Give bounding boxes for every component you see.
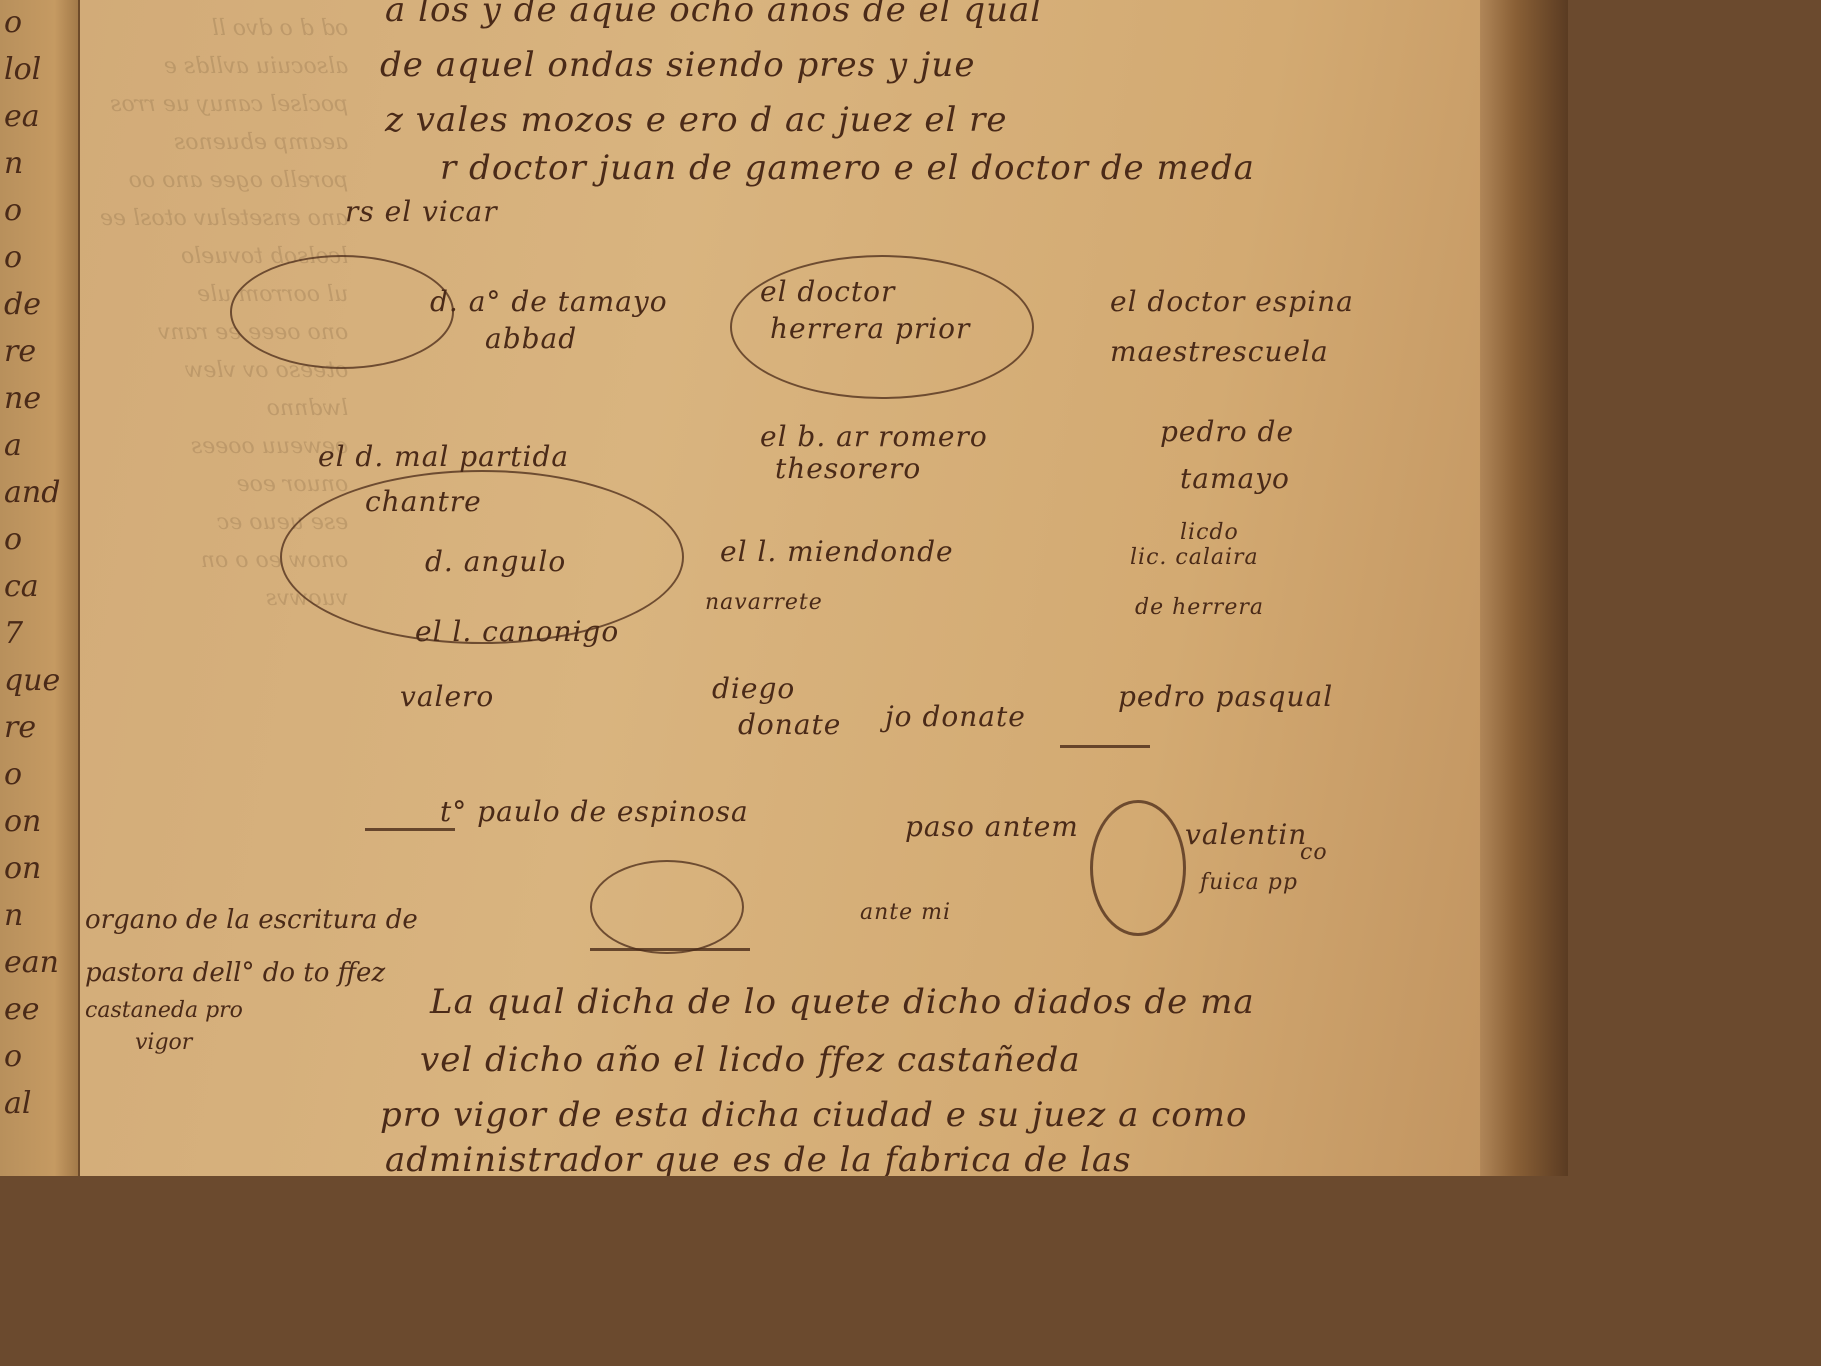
margin-note-line4: vigor [135, 1030, 192, 1055]
signature-flourish [730, 255, 1034, 399]
signature-espina-line1: el doctor espina [1110, 285, 1354, 318]
pen-stroke [590, 948, 750, 951]
left-page-fragment: al [4, 1086, 31, 1121]
signature-chantre-line1: el d. mal partida [318, 440, 569, 473]
left-page-fragment: re [4, 334, 36, 369]
margin-note-line2: pastora dell° do to ffez [85, 958, 385, 988]
left-page-fragment: n [4, 146, 23, 181]
left-page-fragment: 7 [4, 616, 23, 651]
left-page-fragment: ne [4, 381, 41, 416]
left-page-fragment: o [4, 1039, 22, 1074]
signature-valero: valero [400, 680, 494, 713]
left-page-fragment: ee [4, 992, 40, 1027]
pen-stroke [1060, 745, 1150, 748]
signature-thesorero-line2: thesorero [775, 452, 921, 485]
left-page-fragment: o [4, 5, 22, 40]
signature-diego-line1: diego [712, 672, 795, 705]
left-page-fragment: o [4, 240, 22, 275]
left-page-fragment: o [4, 757, 22, 792]
signature-calaira-line2: lic. calaira [1130, 545, 1259, 570]
signature-miendo-line1: el l. miendonde [720, 535, 954, 568]
left-page-fragment: n [4, 898, 23, 933]
left-page-fragment: o [4, 522, 22, 557]
left-page-fragment: lol [4, 52, 41, 87]
signature-pasoantem: paso antem [905, 810, 1079, 843]
signature-valentin-line3: fuica pp [1200, 870, 1298, 895]
signature-pedro-pasqual: pedro pasqual [1118, 680, 1333, 713]
left-page-fragment: que [4, 663, 60, 698]
closing-line-3: pro vigor de esta dicha ciudad e su juez… [380, 1095, 1247, 1135]
header-line-2: de aquel ondas siendo pres y jue [380, 45, 975, 85]
closing-line-2: vel dicho año el licdo ffez castañeda [420, 1040, 1081, 1080]
signature-ante-mi: ante mi [860, 900, 951, 925]
right-binding-edge [1480, 0, 1568, 1176]
left-page-fragment: ca [4, 569, 39, 604]
closing-line-1: La qual dicha de lo quete dicho diados d… [430, 982, 1255, 1022]
left-page-fragment: re [4, 710, 36, 745]
left-page-edge: ololeanoodereneaandoca7quereoononneaneeo… [0, 0, 80, 1176]
signature-paulo: t° paulo de espinosa [440, 795, 749, 828]
header-line-4: r doctor juan de gamero e el doctor de m… [440, 148, 1255, 188]
signature-thesorero-line1: el b. ar romero [760, 420, 988, 453]
left-page-fragment: ean [4, 945, 59, 980]
left-page-fragment: de [4, 287, 41, 322]
signature-angulo: d. angulo [425, 545, 566, 578]
signature-rubric [1090, 800, 1186, 936]
signature-valentin-line1: valentin [1185, 818, 1307, 851]
signature-jo-donate: jo donate [885, 700, 1026, 733]
left-page-fragment: o [4, 193, 22, 228]
signature-calaira-line3: de herrera [1135, 595, 1264, 620]
left-page-fragment: ea [4, 99, 40, 134]
header-line-1: a los y de aque ocho anos de el qual [385, 0, 1042, 30]
left-page-fragment: a [4, 428, 22, 463]
pen-stroke [365, 828, 455, 831]
signature-espina-line2: maestrescuela [1110, 335, 1329, 368]
signature-canonigo: el l. canonigo [415, 615, 619, 648]
signature-flourish [590, 860, 744, 954]
signature-diego-line2: donate [738, 708, 841, 741]
signature-pedro-line1: pedro de [1160, 415, 1294, 448]
signature-calaira-line1: licdo [1180, 520, 1239, 545]
left-page-fragment: and [4, 475, 60, 510]
margin-note-line3: castaneda pro [85, 998, 243, 1023]
signature-abbad-line1: d. a° de tamayo [430, 285, 668, 318]
header-line-5: rs el vicar [345, 195, 498, 228]
signature-valentin-line2: co [1300, 840, 1328, 865]
left-page-fragment: on [4, 851, 41, 886]
signature-miendo-line2: navarrete [705, 590, 823, 615]
left-page-fragment: on [4, 804, 41, 839]
header-line-3: z vales mozos e ero d ac juez el re [385, 100, 1008, 140]
signature-abbad-line2: abbad [485, 322, 577, 355]
closing-line-4: administrador que es de la fabrica de la… [385, 1140, 1132, 1176]
signature-flourish [230, 255, 454, 369]
margin-note-line1: organo de la escritura de [85, 905, 418, 935]
signature-pedro-line2: tamayo [1180, 462, 1290, 495]
